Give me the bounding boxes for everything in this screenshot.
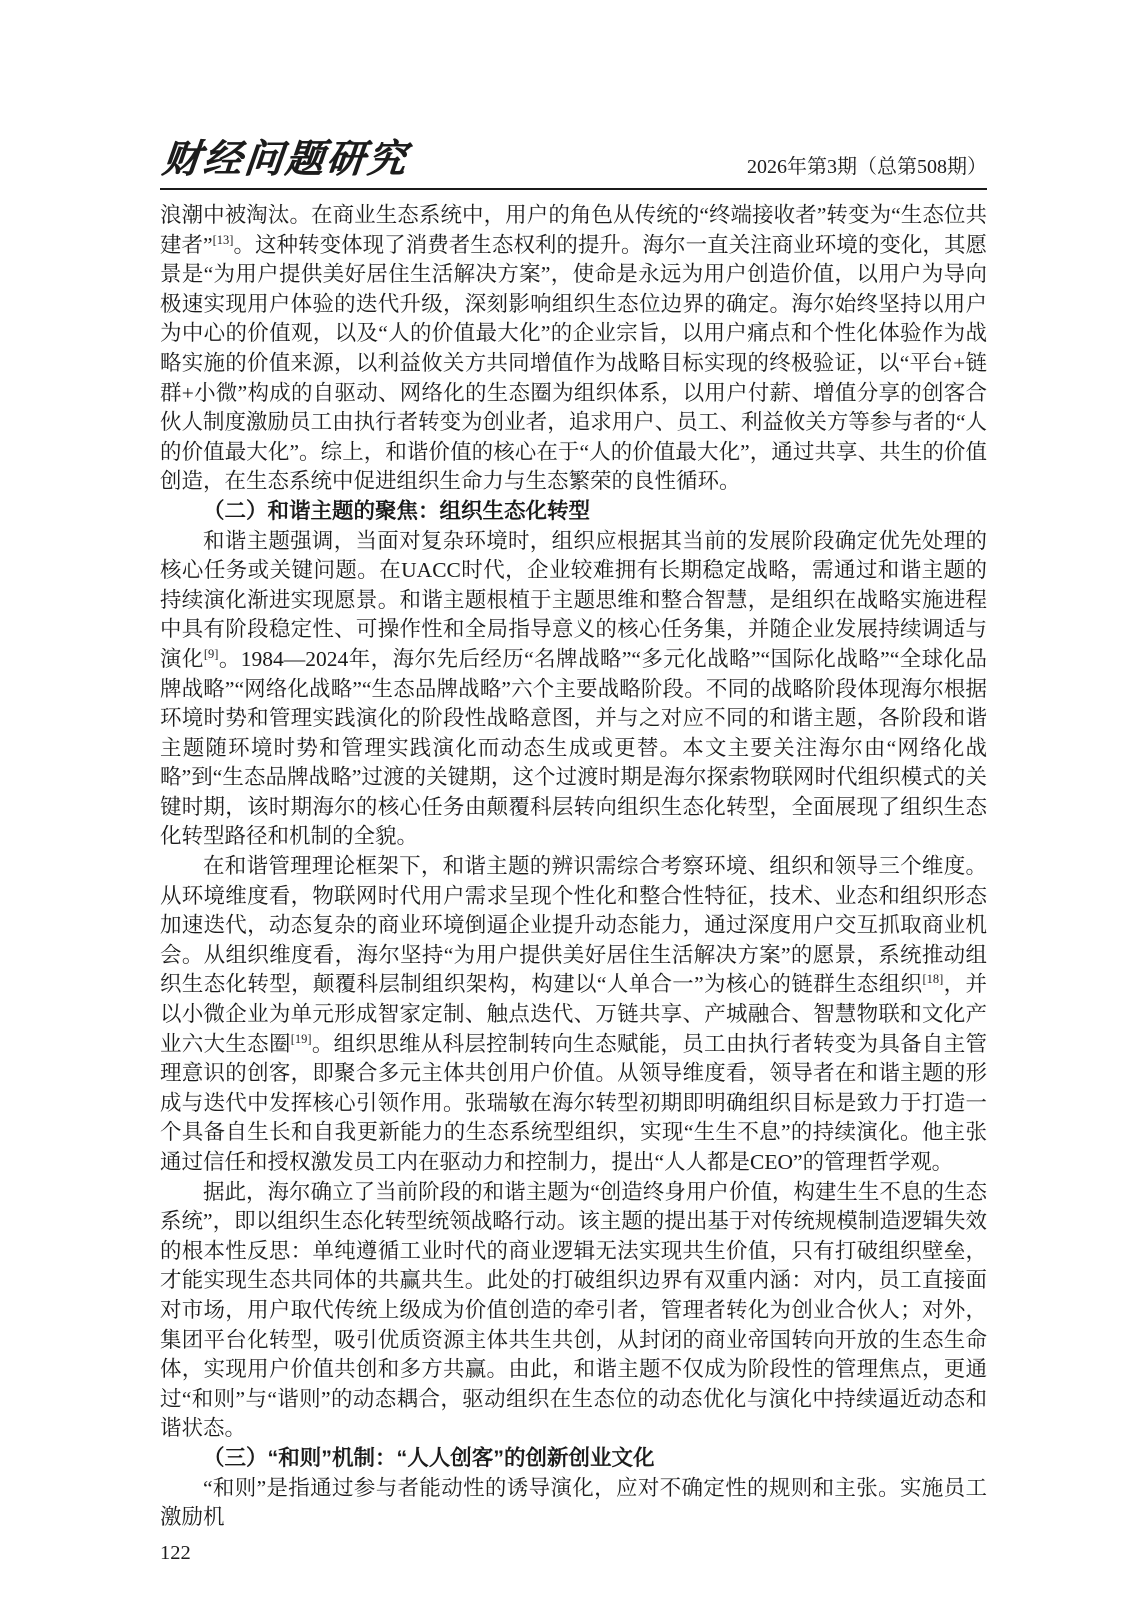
body-paragraph: 据此，海尔确立了当前阶段的和谐主题为“创造终身用户价值，构建生生不息的生态系统”… [160,1178,987,1444]
body-paragraph: 和谐主题强调，当面对复杂环境时，组织应根据其当前的发展阶段确定优先处理的核心任务… [160,527,987,853]
journal-page: 财经问题研究 2026年第3期（总第508期） 浪潮中被淘汰。在商业生态系统中，… [0,0,1140,1600]
section-heading: （三）“和则”机制：“人人创客”的创新创业文化 [160,1444,987,1474]
body-paragraph: “和则”是指通过参与者能动性的诱导演化，应对不确定性的规则和主张。实施员工激励机 [160,1474,987,1533]
section-heading: （二）和谐主题的聚焦：组织生态化转型 [160,497,987,527]
issue-info: 2026年第3期（总第508期） [747,157,987,183]
citation-ref: [9] [204,647,219,661]
article-body: 浪潮中被淘汰。在商业生态系统中，用户的角色从传统的“终端接收者”转变为“生态位共… [160,201,987,1533]
journal-logo: 财经问题研究 [160,127,412,183]
citation-ref: [19] [291,1031,312,1045]
citation-ref: [13] [213,232,234,246]
body-paragraph: 在和谐管理理论框架下，和谐主题的辨识需综合考察环境、组织和领导三个维度。从环境维… [160,852,987,1178]
page-number: 122 [160,1542,987,1565]
page-header: 财经问题研究 2026年第3期（总第508期） [160,0,987,190]
body-paragraph: 浪潮中被淘汰。在商业生态系统中，用户的角色从传统的“终端接收者”转变为“生态位共… [160,201,987,497]
citation-ref: [18] [922,972,943,986]
